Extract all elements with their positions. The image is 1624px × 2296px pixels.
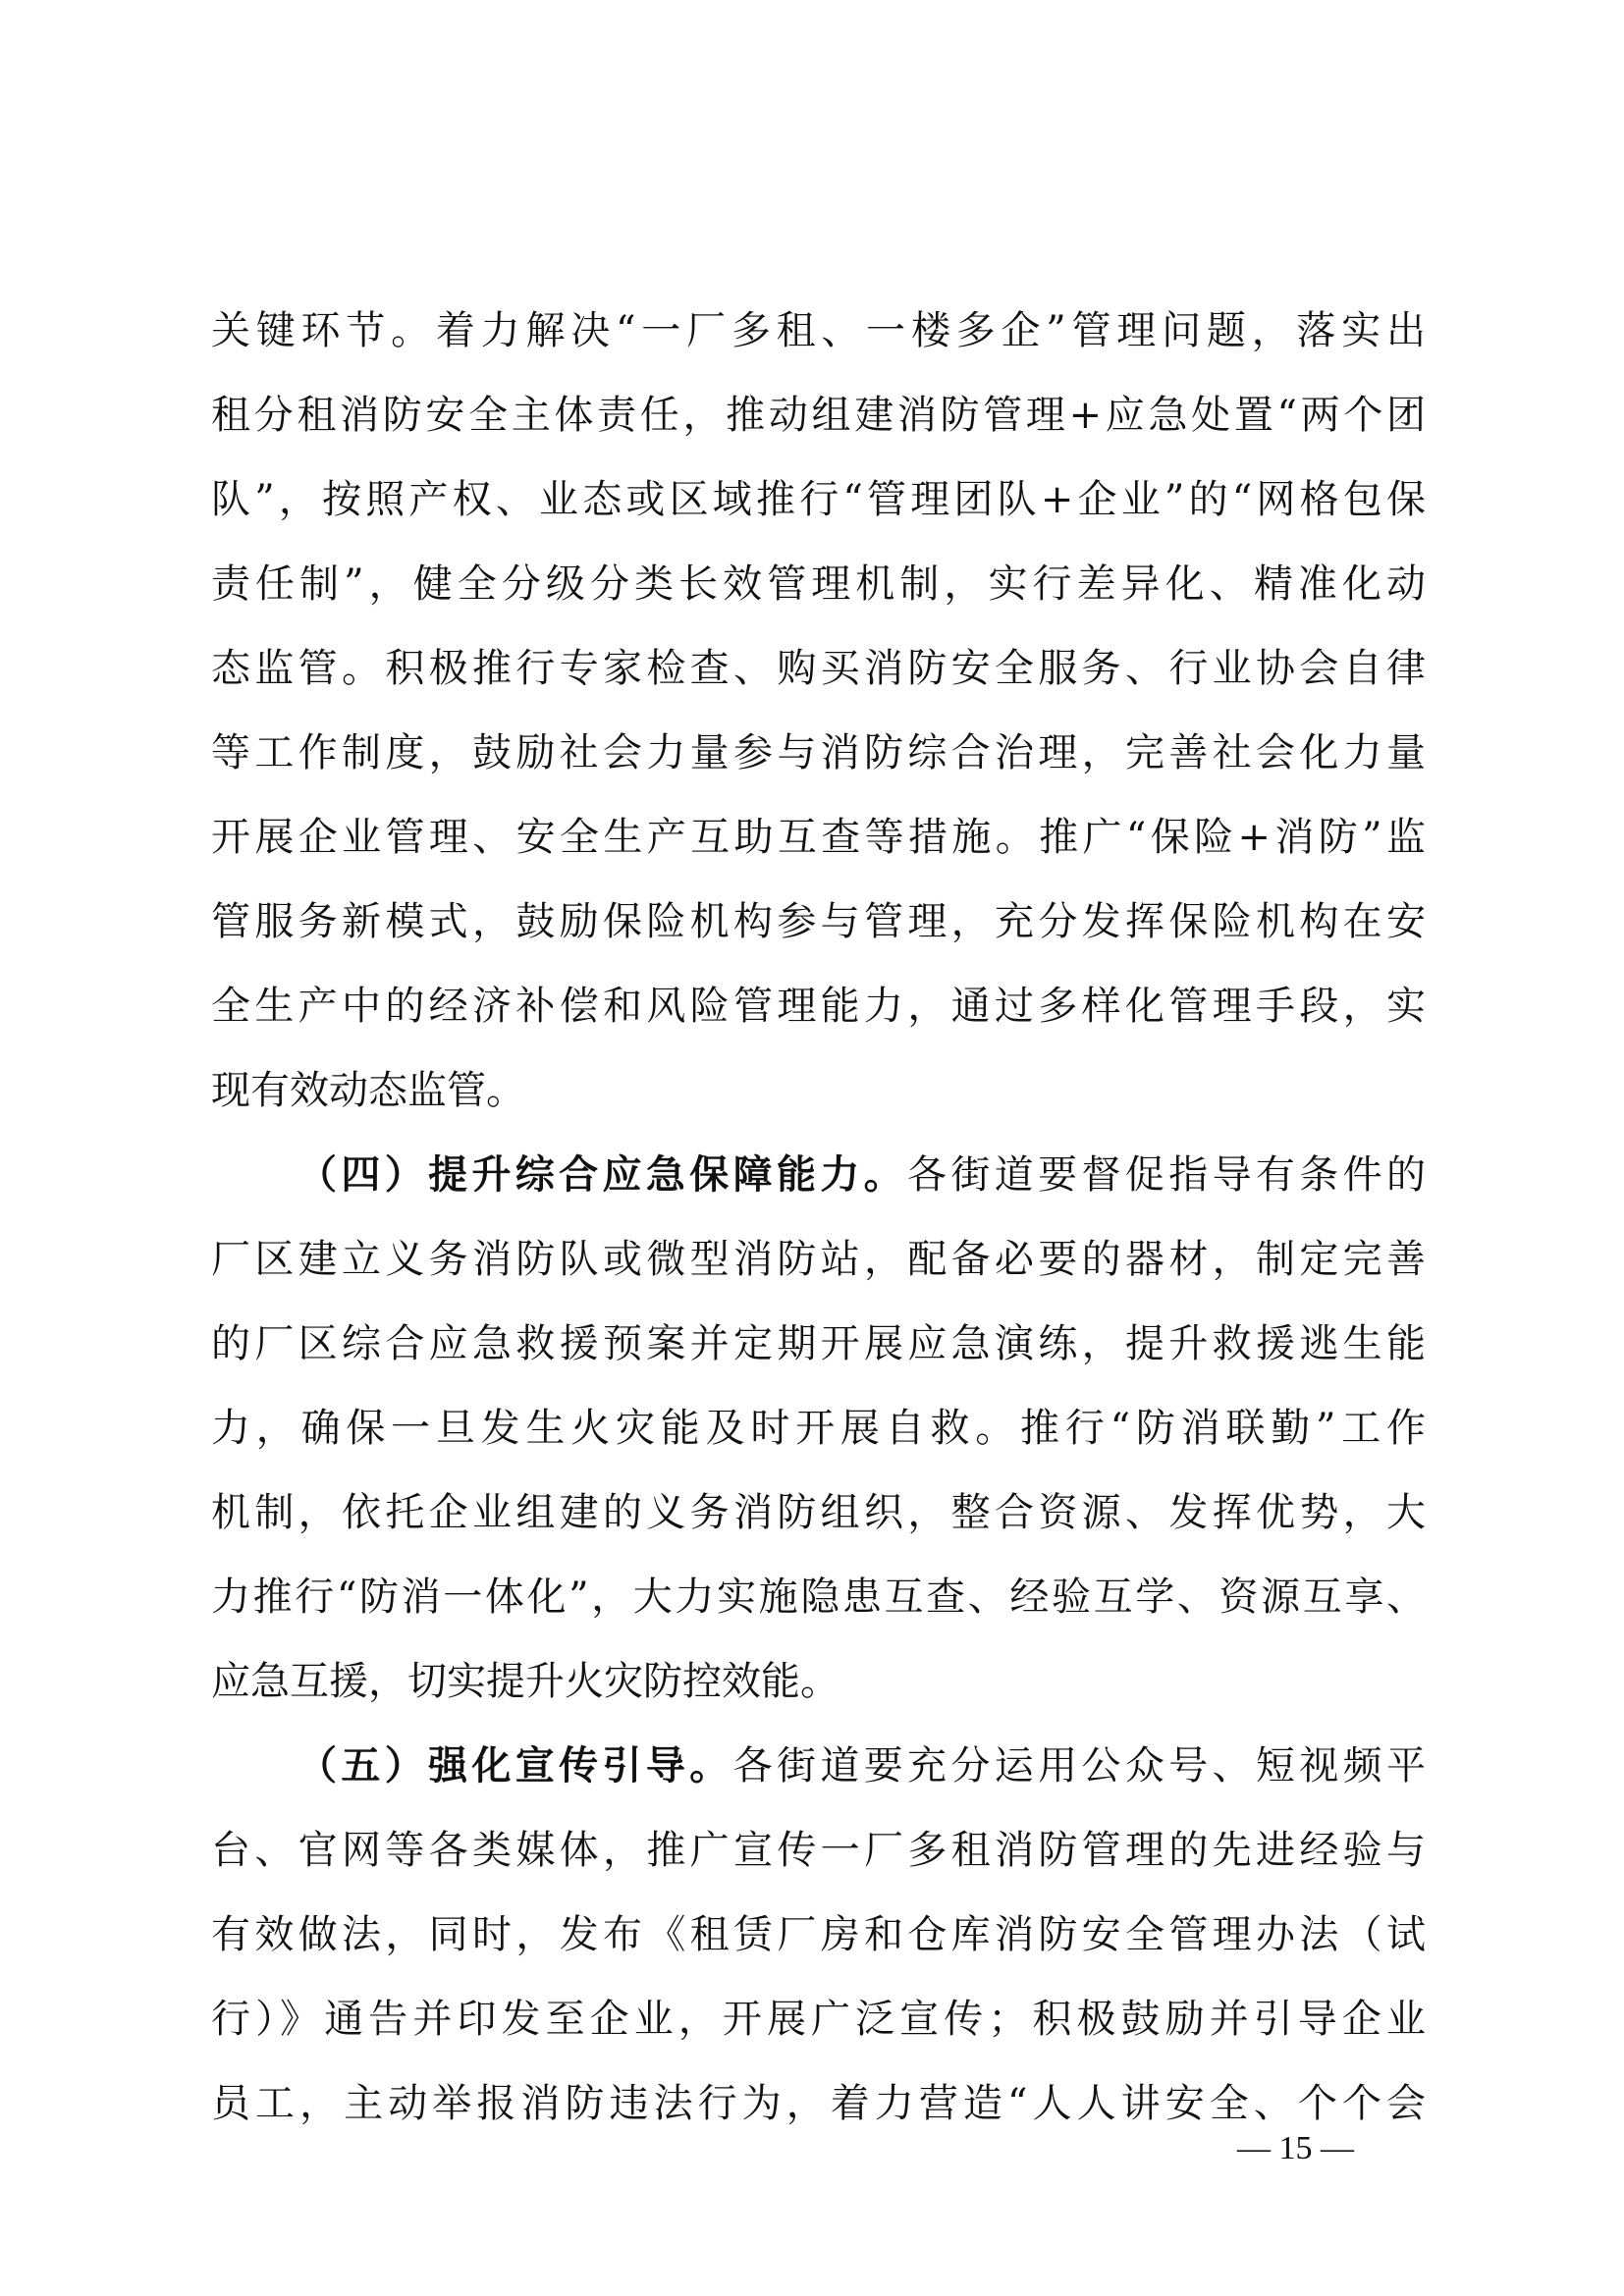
text-line: 责任制”，健全分级分类长效管理机制，实行差异化、精准化动 bbox=[211, 542, 1426, 626]
section-4-text: 各街道要督促指导有条件的 bbox=[907, 1152, 1426, 1198]
section-5-heading: （五）强化宣传引导。 bbox=[298, 1743, 733, 1789]
text-line: 等工作制度，鼓励社会力量参与消防综合治理，完善社会化力量 bbox=[211, 711, 1426, 795]
text-line: 机制，依托企业组建的义务消防组织，整合资源、发挥优势，大 bbox=[211, 1470, 1426, 1555]
text-line: 厂区建立义务消防队或微型消防站，配备必要的器材，制定完善 bbox=[211, 1217, 1426, 1302]
document-page: 关键环节。着力解决“一厂多租、一楼多企”管理问题，落实出 租分租消防安全主体责任… bbox=[0, 0, 1624, 2296]
text-line: 管服务新模式，鼓励保险机构参与管理，充分发挥保险机构在安 bbox=[211, 880, 1426, 964]
section-5-text: 各街道要充分运用公众号、短视频平 bbox=[733, 1743, 1426, 1789]
text-line: 行）》通告并印发至企业，开展广泛宣传；积极鼓励并引导企业 bbox=[211, 1977, 1426, 2061]
text-line: 全生产中的经济补偿和风险管理能力，通过多样化管理手段，实 bbox=[211, 964, 1426, 1048]
text-line: 台、官网等各类媒体，推广宣传一厂多租消防管理的先进经验与 bbox=[211, 1808, 1426, 1893]
text-line: 租分租消防安全主体责任，推动组建消防管理+应急处置“两个团 bbox=[211, 373, 1426, 457]
text-line: 队”，按照产权、业态或区域推行“管理团队+企业”的“网格包保 bbox=[211, 457, 1426, 542]
section-4-first-line: （四）提升综合应急保障能力。各街道要督促指导有条件的 bbox=[211, 1133, 1426, 1217]
text-line: 应急互援，切实提升火灾防控效能。 bbox=[211, 1639, 1426, 1724]
section-4-heading: （四）提升综合应急保障能力。 bbox=[298, 1152, 907, 1198]
section-5-first-line: （五）强化宣传引导。各街道要充分运用公众号、短视频平 bbox=[211, 1724, 1426, 1808]
text-line: 关键环节。着力解决“一厂多租、一楼多企”管理问题，落实出 bbox=[211, 289, 1426, 373]
page-number: — 15 — bbox=[1237, 2130, 1354, 2167]
text-line: 力，确保一旦发生火灾能及时开展自救。推行“防消联勤”工作 bbox=[211, 1386, 1426, 1470]
text-line: 力推行“防消一体化”，大力实施隐患互查、经验互学、资源互享、 bbox=[211, 1555, 1426, 1639]
text-line: 的厂区综合应急救援预案并定期开展应急演练，提升救援逃生能 bbox=[211, 1302, 1426, 1386]
text-line: 态监管。积极推行专家检查、购买消防安全服务、行业协会自律 bbox=[211, 626, 1426, 711]
text-line: 现有效动态监管。 bbox=[211, 1048, 1426, 1133]
text-line: 开展企业管理、安全生产互助互查等措施。推广“保险+消防”监 bbox=[211, 795, 1426, 880]
text-line: 有效做法，同时，发布《租赁厂房和仓库消防安全管理办法（试 bbox=[211, 1893, 1426, 1977]
body-text: 关键环节。着力解决“一厂多租、一楼多企”管理问题，落实出 租分租消防安全主体责任… bbox=[211, 289, 1426, 2146]
